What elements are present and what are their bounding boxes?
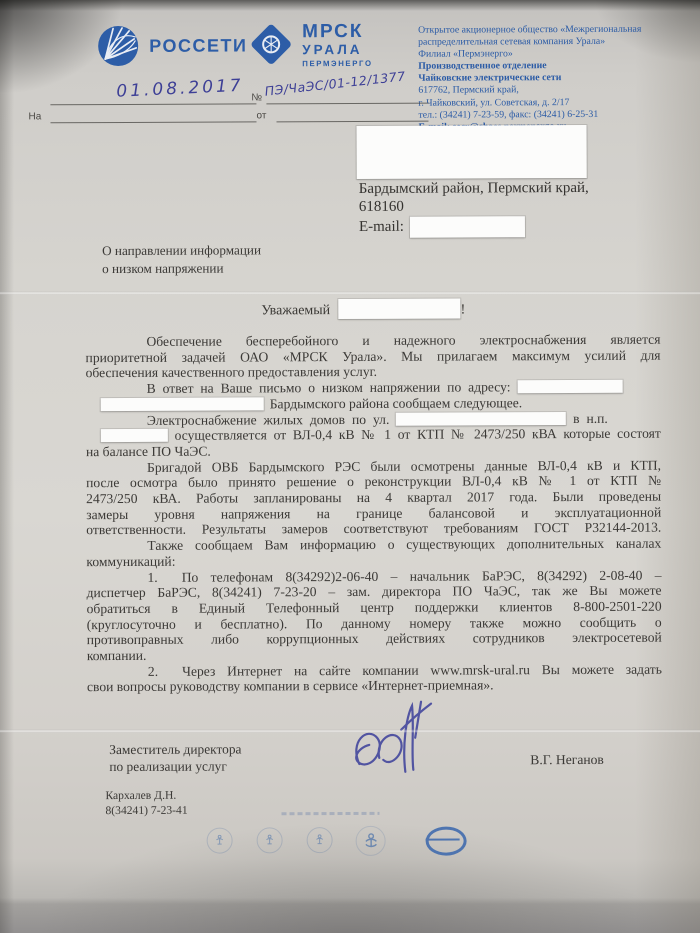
- body-text: в н.п.: [573, 410, 608, 425]
- signer-title-line1: Заместитель директора: [109, 740, 241, 758]
- letter-page: РОССЕТИ МРСК УРАЛА ПЕРМЭНЕРГО Открытое а…: [0, 0, 700, 933]
- redacted-email: [410, 216, 525, 238]
- redacted-street: [396, 412, 566, 426]
- recipient-email-label: E-mail:: [359, 219, 404, 237]
- body-line: В ответ на Ваше письмо о низком напряжен…: [86, 379, 661, 397]
- salutation-suffix: !: [461, 302, 466, 317]
- salutation-prefix: Уважаемый: [261, 303, 330, 318]
- recipient-email-row: E-mail:: [359, 216, 589, 238]
- executor-block: Кархалев Д.Н. 8(34241) 7-23-41: [105, 789, 187, 818]
- ot-label: от: [256, 110, 266, 121]
- body-line: приоритетной задачей ОАО «МРСК Урала». М…: [85, 347, 660, 365]
- body-line: Также сообщаем Вам информацию о существу…: [86, 536, 661, 554]
- recipient-address-line1: Бардымский район, Пермский край,: [359, 180, 589, 199]
- rosseti-logo-text: РОССЕТИ: [149, 35, 247, 56]
- fold-crease: [0, 291, 700, 295]
- signer-title-line2: по реализации услуг: [109, 757, 241, 775]
- subject-block: О направлении информации о низком напряж…: [102, 241, 261, 277]
- body-text: Электроснабжение жилых домов по ул.: [147, 411, 390, 427]
- date-underline: [50, 103, 256, 105]
- oval-stamp-icon: [426, 826, 467, 855]
- subject-line1: О направлении информации: [102, 241, 261, 259]
- mrsk-logo: МРСК УРАЛА ПЕРМЭНЕРГО: [248, 20, 373, 73]
- executor-name: Кархалев Д.Н.: [105, 789, 187, 804]
- redacted-village: [101, 429, 168, 442]
- body-text: Через Интернет на сайте компании www.mrs…: [182, 661, 662, 678]
- certification-stamp-icon: [257, 827, 283, 853]
- body-text: По телефонам 8(34292)2-06-40 – начальник…: [182, 567, 662, 584]
- recipient-block: Бардымский район, Пермский край, 618160 …: [359, 180, 589, 238]
- handwritten-number: ПЭ/ЧаЭС/01-12/1377: [264, 68, 406, 98]
- redacted-addressee: [339, 299, 461, 320]
- number-label: №: [251, 92, 262, 103]
- letter-body: Обеспечение бесперебойного и надежного э…: [85, 332, 662, 696]
- body-text: Бардымского района сообщаем следующее.: [270, 395, 523, 411]
- body-line: осуществляется от ВЛ-0,4 кВ № 1 от КТП №…: [86, 426, 661, 444]
- recipient-postcode: 618160: [359, 197, 589, 216]
- certification-stamp-icon: [356, 826, 386, 856]
- signer-title: Заместитель директора по реализации услу…: [109, 740, 241, 775]
- mrsk-logo-icon: [248, 20, 296, 72]
- mrsk-logo-line3: ПЕРМЭНЕРГО: [302, 59, 372, 67]
- faint-fineprint-text: [282, 812, 380, 815]
- handwritten-date: 01.08.2017: [116, 76, 244, 102]
- na-underline: [50, 121, 256, 123]
- ot-underline: [276, 121, 428, 123]
- executor-phone: 8(34241) 7-23-41: [105, 803, 187, 818]
- salutation: Уважаемый !: [261, 298, 465, 319]
- body-text: осуществляется от ВЛ-0,4 кВ № 1 от КТП №…: [175, 426, 661, 443]
- oval-stamp-bar: [426, 838, 460, 841]
- body-line: противоправных либо коррупционных действ…: [87, 630, 662, 648]
- number-underline: [266, 103, 428, 105]
- signature-ink: [339, 700, 451, 792]
- org-address-block: Открытое акционерное общество «Межрегион…: [418, 23, 696, 133]
- body-text: В ответ на Ваше письмо о низком напряжен…: [147, 379, 511, 396]
- rosseti-logo: РОССЕТИ: [95, 22, 247, 69]
- rosseti-logo-icon: [95, 23, 141, 69]
- list-item-2: 2.Через Интернет на сайте компании www.m…: [87, 661, 662, 679]
- subject-line2: о низком напряжении: [102, 259, 261, 277]
- redacted-recipient-name: [357, 125, 587, 179]
- list-number: 1.: [147, 569, 157, 585]
- mrsk-logo-line2: УРАЛА: [302, 43, 372, 57]
- body-line: свои вопросы руководству компании в серв…: [87, 677, 662, 695]
- fold-crease: [0, 729, 700, 733]
- document-photo: РОССЕТИ МРСК УРАЛА ПЕРМЭНЕРГО Открытое а…: [0, 0, 700, 933]
- certification-stamp-icon: [307, 827, 333, 853]
- signer-name: В.Г. Неганов: [530, 752, 604, 768]
- mrsk-logo-text: МРСК УРАЛА ПЕРМЭНЕРГО: [302, 22, 373, 68]
- na-label: На: [28, 111, 41, 122]
- redacted-settlement: [101, 397, 264, 411]
- list-number: 2.: [148, 664, 158, 680]
- certification-stamp-icon: [207, 828, 233, 854]
- redacted-address: [517, 380, 622, 393]
- mrsk-logo-line1: МРСК: [302, 22, 372, 41]
